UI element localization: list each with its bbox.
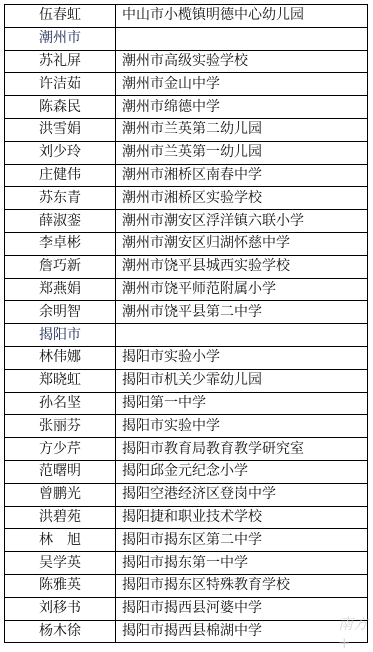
organization-cell: 潮州市饶平县城西实验学校 <box>116 255 368 278</box>
table-row: 洪碧苑揭阳捷和职业技术学校 <box>5 506 368 529</box>
organization-cell: 潮州市兰英第一幼儿园 <box>116 141 368 164</box>
person-name-cell: 洪雪娟 <box>5 118 116 141</box>
person-name-cell: 伍春虹 <box>5 5 116 28</box>
table-row: 詹巧新潮州市饶平县城西实验学校 <box>5 255 368 278</box>
person-name-cell: 吴学英 <box>5 552 116 575</box>
table-row: 方少芹揭阳市教育局教育教学研究室 <box>5 438 368 461</box>
organization-cell <box>116 27 368 50</box>
person-name-cell: 李卓彬 <box>5 232 116 255</box>
person-name-cell: 范曙明 <box>5 460 116 483</box>
person-name-cell: 余明智 <box>5 301 116 324</box>
organization-cell: 揭阳市揭东第一中学 <box>116 552 368 575</box>
table-row: 杨木徐揭阳市揭西县棉湖中学 <box>5 620 368 643</box>
table-row: 孙名坚揭阳第一中学 <box>5 392 368 415</box>
table-row: 郑燕娟潮州市饶平师范附属小学 <box>5 278 368 301</box>
person-name-cell: 薛淑銮 <box>5 210 116 233</box>
table-row: 李卓彬潮州市潮安区归湖怀慈中学 <box>5 232 368 255</box>
organization-cell: 潮州市高级实验学校 <box>116 50 368 73</box>
table-row: 范曙明揭阳邱金元纪念小学 <box>5 460 368 483</box>
table-row: 苏东青潮州市湘桥区实验学校 <box>5 187 368 210</box>
table-row: 陈森民潮州市绵德中学 <box>5 96 368 119</box>
table-row: 曾鹏光揭阳空港经济区登岗中学 <box>5 483 368 506</box>
organization-cell: 潮州市湘桥区南春中学 <box>116 164 368 187</box>
person-name-cell: 方少芹 <box>5 438 116 461</box>
person-name-cell: 孙名坚 <box>5 392 116 415</box>
organization-cell: 中山市小榄镇明德中心幼儿园 <box>116 5 368 28</box>
organization-cell: 潮州市金山中学 <box>116 73 368 96</box>
organization-cell: 潮州市潮安区浮洋镇六联小学 <box>116 210 368 233</box>
person-name-cell: 詹巧新 <box>5 255 116 278</box>
organization-cell: 揭阳邱金元纪念小学 <box>116 460 368 483</box>
person-name-cell: 庄健伟 <box>5 164 116 187</box>
table-row: 林 旭揭阳市揭东区第二中学 <box>5 529 368 552</box>
region-header-row: 潮州市 <box>5 27 368 50</box>
table-row: 刘移书揭阳市揭西县河婆中学 <box>5 597 368 620</box>
table-row: 苏礼屏潮州市高级实验学校 <box>5 50 368 73</box>
organization-cell: 揭阳市揭西县河婆中学 <box>116 597 368 620</box>
person-name-cell: 郑晓虹 <box>5 369 116 392</box>
organization-cell: 揭阳捷和职业技术学校 <box>116 506 368 529</box>
organization-cell: 潮州市饶平师范附属小学 <box>116 278 368 301</box>
person-name-cell: 刘移书 <box>5 597 116 620</box>
person-name-cell: 刘少玲 <box>5 141 116 164</box>
table-row: 庄健伟潮州市湘桥区南春中学 <box>5 164 368 187</box>
organization-cell: 揭阳市揭东区第二中学 <box>116 529 368 552</box>
organization-cell: 揭阳市揭西县棉湖中学 <box>116 620 368 643</box>
watermark-logo: 南方+ <box>338 613 373 652</box>
region-name-cell: 潮州市 <box>5 27 116 50</box>
table-row: 吴学英揭阳市揭东第一中学 <box>5 552 368 575</box>
person-name-cell: 苏东青 <box>5 187 116 210</box>
table-row: 林伟娜揭阳市实验小学 <box>5 346 368 369</box>
person-name-cell: 林伟娜 <box>5 346 116 369</box>
organization-cell: 潮州市兰英第二幼儿园 <box>116 118 368 141</box>
person-name-cell: 许洁茹 <box>5 73 116 96</box>
person-name-cell: 杨木徐 <box>5 620 116 643</box>
organization-cell: 潮州市湘桥区实验学校 <box>116 187 368 210</box>
person-name-cell: 陈森民 <box>5 96 116 119</box>
region-name-cell: 揭阳市 <box>5 324 116 347</box>
table-row: 张丽芬揭阳市实验中学 <box>5 415 368 438</box>
table-row: 伍春虹中山市小榄镇明德中心幼儿园 <box>5 5 368 28</box>
organization-cell: 揭阳第一中学 <box>116 392 368 415</box>
teacher-list-table: 伍春虹中山市小榄镇明德中心幼儿园潮州市苏礼屏潮州市高级实验学校许洁茹潮州市金山中… <box>4 4 368 643</box>
person-name-cell: 苏礼屏 <box>5 50 116 73</box>
organization-cell <box>116 324 368 347</box>
region-header-row: 揭阳市 <box>5 324 368 347</box>
organization-cell: 潮州市饶平县第二中学 <box>116 301 368 324</box>
person-name-cell: 林 旭 <box>5 529 116 552</box>
person-name-cell: 陈雅英 <box>5 574 116 597</box>
person-name-cell: 张丽芬 <box>5 415 116 438</box>
table-row: 余明智潮州市饶平县第二中学 <box>5 301 368 324</box>
organization-cell: 潮州市潮安区归湖怀慈中学 <box>116 232 368 255</box>
organization-cell: 揭阳市机关少霏幼儿园 <box>116 369 368 392</box>
organization-cell: 揭阳空港经济区登岗中学 <box>116 483 368 506</box>
person-name-cell: 曾鹏光 <box>5 483 116 506</box>
person-name-cell: 郑燕娟 <box>5 278 116 301</box>
organization-cell: 潮州市绵德中学 <box>116 96 368 119</box>
organization-cell: 揭阳市实验小学 <box>116 346 368 369</box>
table-row: 郑晓虹揭阳市机关少霏幼儿园 <box>5 369 368 392</box>
organization-cell: 揭阳市揭东区特殊教育学校 <box>116 574 368 597</box>
table-row: 刘少玲潮州市兰英第一幼儿园 <box>5 141 368 164</box>
organization-cell: 揭阳市教育局教育教学研究室 <box>116 438 368 461</box>
organization-cell: 揭阳市实验中学 <box>116 415 368 438</box>
table-row: 薛淑銮潮州市潮安区浮洋镇六联小学 <box>5 210 368 233</box>
person-name-cell: 洪碧苑 <box>5 506 116 529</box>
table-row: 陈雅英揭阳市揭东区特殊教育学校 <box>5 574 368 597</box>
table-body: 伍春虹中山市小榄镇明德中心幼儿园潮州市苏礼屏潮州市高级实验学校许洁茹潮州市金山中… <box>5 5 368 643</box>
table-row: 许洁茹潮州市金山中学 <box>5 73 368 96</box>
table-row: 洪雪娟潮州市兰英第二幼儿园 <box>5 118 368 141</box>
